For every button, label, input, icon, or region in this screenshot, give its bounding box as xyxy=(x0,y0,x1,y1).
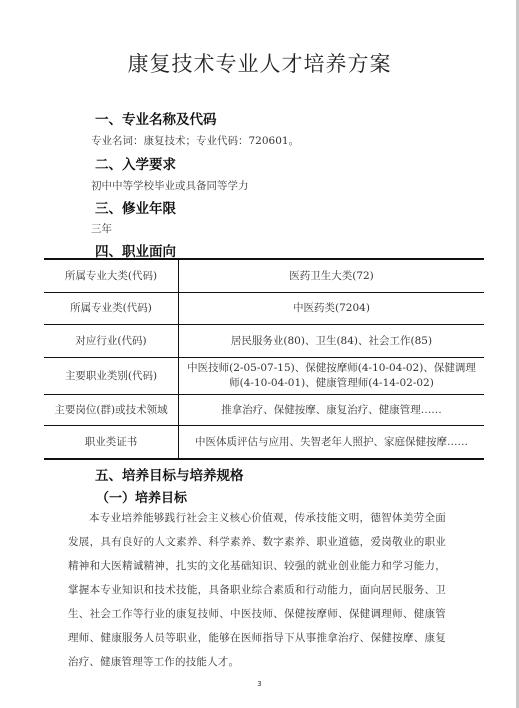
table-row: 职业类证书 中医体质评估与应用、失智老年人照护、家庭保健按摩…… xyxy=(44,426,484,460)
career-orientation-table: 所属专业大类(代码) 医药卫生大类(72) 所属专业类(代码) 中医药类(720… xyxy=(44,258,484,460)
section-heading-career: 四、职业面向 xyxy=(95,240,176,260)
section-heading-admission: 二、入学要求 xyxy=(95,153,176,173)
table-value-cell: 中医体质评估与应用、失智老年人照护、家庭保健按摩…… xyxy=(179,426,485,460)
table-row: 主要职业类别(代码) 中医技师(2-05-07-15)、保健按摩师(4-10-0… xyxy=(44,358,484,395)
table-row: 所属专业类(代码) 中医药类(7204) xyxy=(44,293,484,325)
table-row: 所属专业大类(代码) 医药卫生大类(72) xyxy=(44,259,484,293)
subsection-heading-training-goal: （一）培养目标 xyxy=(96,487,187,506)
section-heading-duration: 三、修业年限 xyxy=(95,197,176,217)
table-value-cell: 推拿治疗、保健按摩、康复治疗、健康管理…… xyxy=(179,395,485,426)
section-heading-goals: 五、培养目标与培养规格 xyxy=(95,464,244,484)
table-label-cell: 对应行业(代码) xyxy=(44,325,179,358)
table-value-cell: 居民服务业(80)、卫生(84)、社会工作(85) xyxy=(179,325,485,358)
duration-text: 三年 xyxy=(91,221,112,236)
admission-text: 初中中等学校毕业或具备同等学力 xyxy=(91,178,249,193)
table-label-cell: 职业类证书 xyxy=(44,426,179,460)
table-label-cell: 主要岗位(群)或技术领域 xyxy=(44,395,179,426)
major-code-text: 专业名词：康复技术；专业代码：720601。 xyxy=(91,133,299,148)
table-value-cell: 中医技师(2-05-07-15)、保健按摩师(4-10-04-02)、保健调理师… xyxy=(179,358,485,395)
table-value-cell: 医药卫生大类(72) xyxy=(179,259,485,293)
page-number: 3 xyxy=(0,680,519,688)
table-value-cell: 中医药类(7204) xyxy=(179,293,485,325)
table-label-cell: 所属专业类(代码) xyxy=(44,293,179,325)
table-label-cell: 主要职业类别(代码) xyxy=(44,358,179,395)
table-row: 对应行业(代码) 居民服务业(80)、卫生(84)、社会工作(85) xyxy=(44,325,484,358)
training-goal-paragraph: 本专业培养能够践行社会主义核心价值观，传承技能文明，德智体美劳全面发展，具有良好… xyxy=(68,506,446,674)
table-row: 主要岗位(群)或技术领域 推拿治疗、保健按摩、康复治疗、健康管理…… xyxy=(44,395,484,426)
document-title: 康复技术专业人才培养方案 xyxy=(0,48,519,78)
table-label-cell: 所属专业大类(代码) xyxy=(44,259,179,293)
section-heading-major-code: 一、专业名称及代码 xyxy=(95,108,217,128)
